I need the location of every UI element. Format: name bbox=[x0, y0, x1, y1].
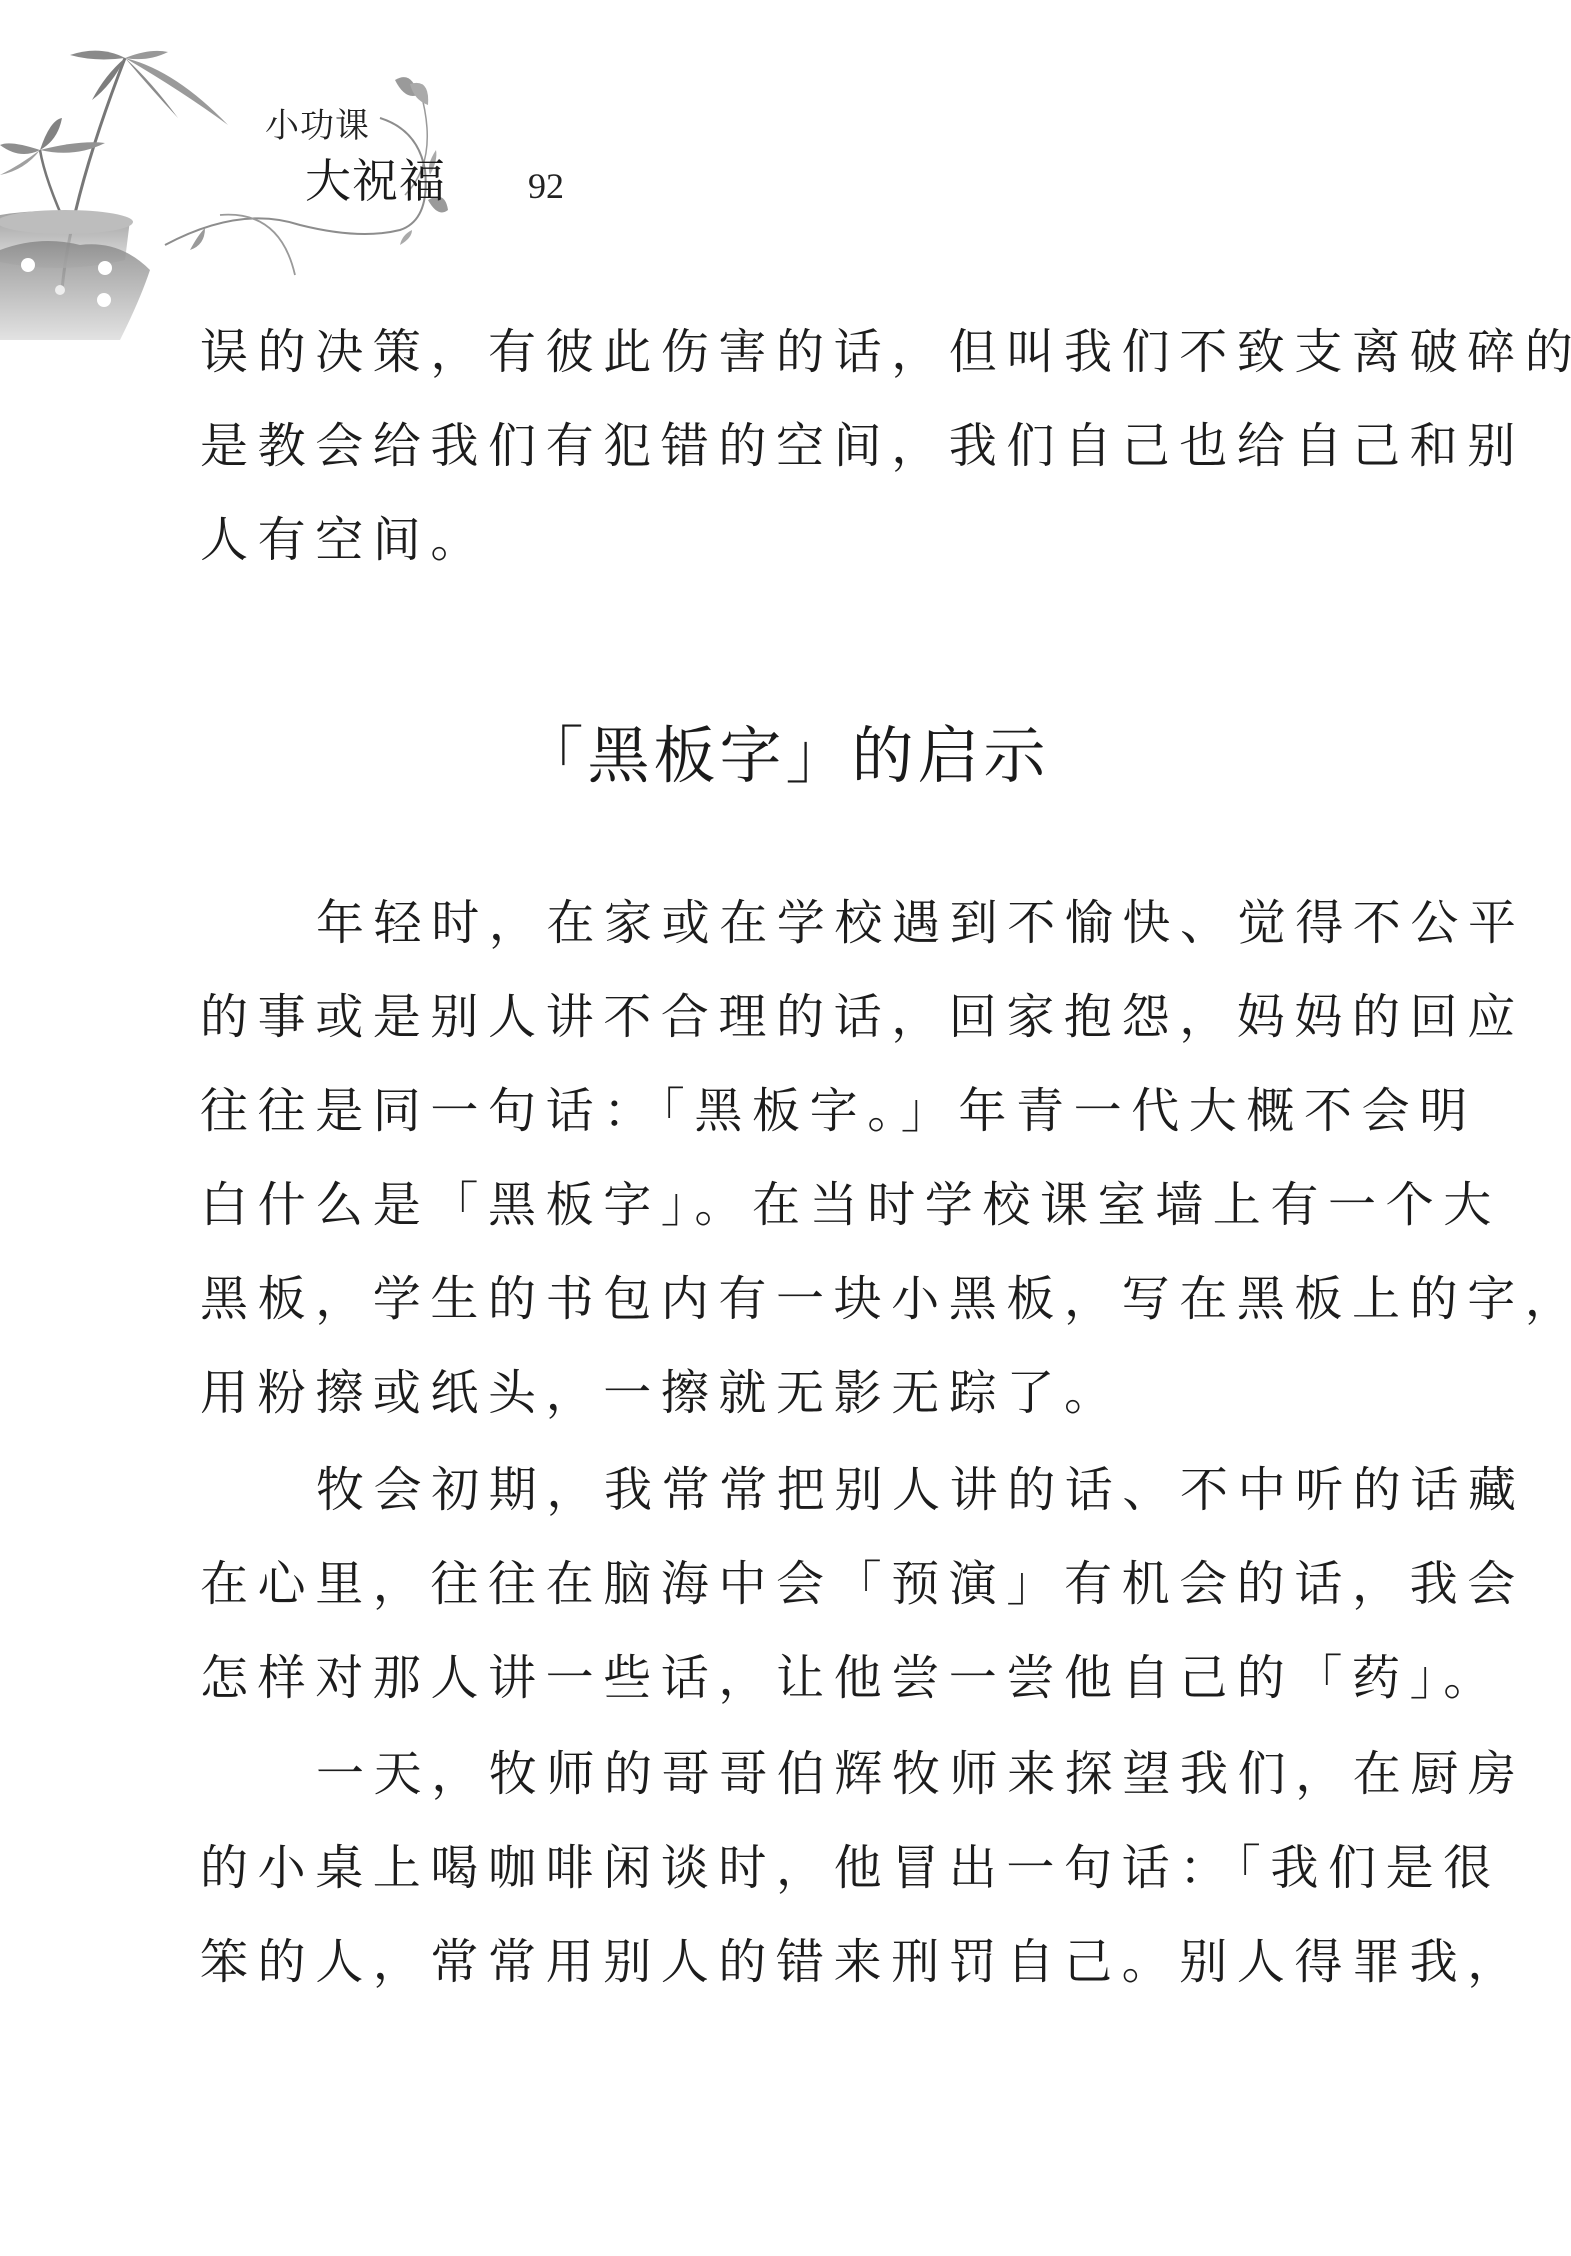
text-line: 是教会给我们有犯错的空间，我们自己也给自己和别 bbox=[200, 422, 1375, 470]
continued-paragraph: 误的决策，有彼此伤害的话，但叫我们不致支离破碎的， 是教会给我们有犯错的空间，我… bbox=[200, 328, 1375, 564]
text-line: 一天，牧师的哥哥伯辉牧师来探望我们，在厨房 bbox=[200, 1750, 1375, 1798]
potted-plant-illustration bbox=[0, 0, 600, 340]
text-line: 往往是同一句话：「黑板字。」年青一代大概不会明 bbox=[200, 1087, 1375, 1135]
running-title-series: 小功课 bbox=[265, 98, 370, 147]
text-line: 人有空间。 bbox=[200, 516, 1375, 564]
page-number: 92 bbox=[528, 165, 564, 207]
text-line: 误的决策，有彼此伤害的话，但叫我们不致支离破碎的， bbox=[200, 328, 1375, 376]
text-line: 怎样对那人讲一些话，让他尝一尝他自己的「药」。 bbox=[200, 1654, 1375, 1702]
text-line: 的事或是别人讲不合理的话，回家抱怨，妈妈的回应 bbox=[200, 993, 1375, 1041]
text-line: 在心里，往往在脑海中会「预演」有机会的话，我会 bbox=[200, 1560, 1375, 1608]
text-line: 笨的人，常常用别人的错来刑罚自己。别人得罪我， bbox=[200, 1938, 1375, 1986]
paragraph-3: 一天，牧师的哥哥伯辉牧师来探望我们，在厨房 的小桌上喝咖啡闲谈时，他冒出一句话：… bbox=[200, 1750, 1375, 1986]
running-title-main: 大祝福 bbox=[305, 145, 446, 211]
paragraph-1: 年轻时，在家或在学校遇到不愉快、觉得不公平 的事或是别人讲不合理的话，回家抱怨，… bbox=[200, 899, 1375, 1417]
paragraph-2: 牧会初期，我常常把别人讲的话、不中听的话藏 在心里，往往在脑海中会「预演」有机会… bbox=[200, 1466, 1375, 1702]
text-line: 的小桌上喝咖啡闲谈时，他冒出一句话：「我们是很 bbox=[200, 1844, 1375, 1892]
text-line: 牧会初期，我常常把别人讲的话、不中听的话藏 bbox=[200, 1466, 1375, 1514]
text-line: 黑板，学生的书包内有一块小黑板，写在黑板上的字， bbox=[200, 1275, 1375, 1323]
section-title: 「黑板字」的启示 bbox=[0, 706, 1571, 795]
text-line: 年轻时，在家或在学校遇到不愉快、觉得不公平 bbox=[200, 899, 1375, 947]
text-line: 用粉擦或纸头，一擦就无影无踪了。 bbox=[200, 1369, 1375, 1417]
text-line: 白什么是「黑板字」。在当时学校课室墙上有一个大 bbox=[200, 1181, 1375, 1229]
